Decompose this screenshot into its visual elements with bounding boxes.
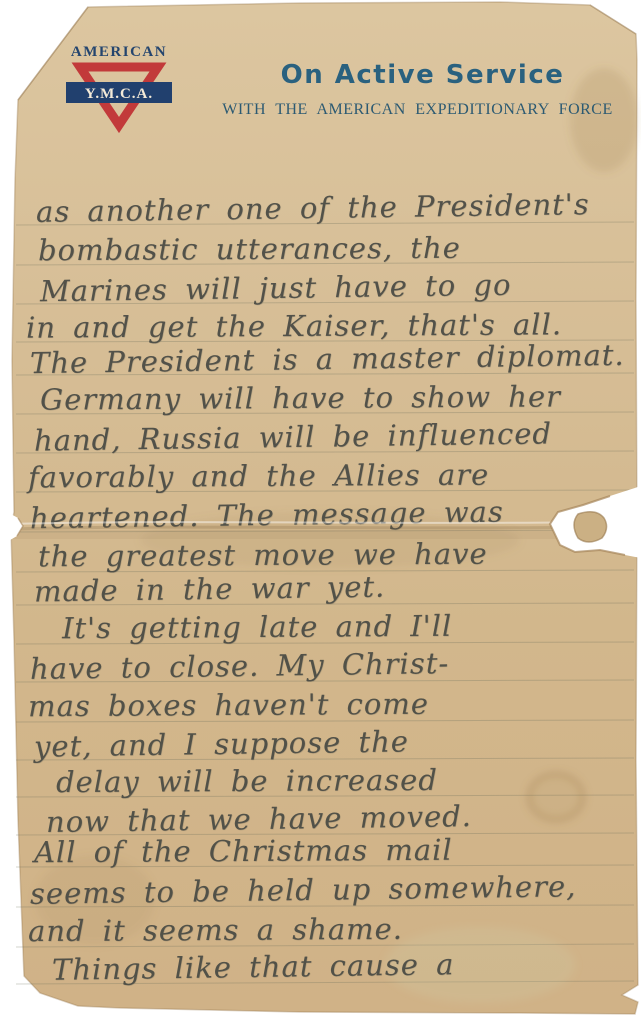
letter-line: mas boxes haven't come xyxy=(28,687,429,723)
letter-line: favorably and the Allies are xyxy=(28,458,489,495)
letter-line: delay will be increased xyxy=(56,763,438,799)
letter-line: bombastic utterances, the xyxy=(38,231,461,268)
letter-line: and it seems a shame. xyxy=(28,912,403,948)
letter-line: It's getting late and I'll xyxy=(62,609,452,645)
letter-line: the greatest move we have xyxy=(38,537,488,574)
letter-line: Germany will have to show her xyxy=(40,379,561,416)
letter-line: made in the war yet. xyxy=(34,570,386,609)
letter-line: as another one of the President's xyxy=(36,187,590,229)
letter-line: hand, Russia will be influenced xyxy=(34,416,552,457)
letter-line: The President is a master diplomat. xyxy=(30,338,625,380)
letter-line: yet, and I suppose the xyxy=(34,724,409,763)
letter-line: heartened. The message was xyxy=(30,495,504,536)
letter-line: have to close. My Christ- xyxy=(30,646,450,686)
letter-line: seems to be held up somewhere, xyxy=(30,869,577,911)
letter-line: All of the Christmas mail xyxy=(34,833,453,870)
letter-line: Things like that cause a xyxy=(52,947,455,987)
letter-scan: AMERICAN Y.M.C.A. On Active Service WITH… xyxy=(0,0,641,1024)
letter-body: as another one of the President's bombas… xyxy=(0,0,641,1024)
letter-line: Marines will just have to go xyxy=(40,268,512,309)
